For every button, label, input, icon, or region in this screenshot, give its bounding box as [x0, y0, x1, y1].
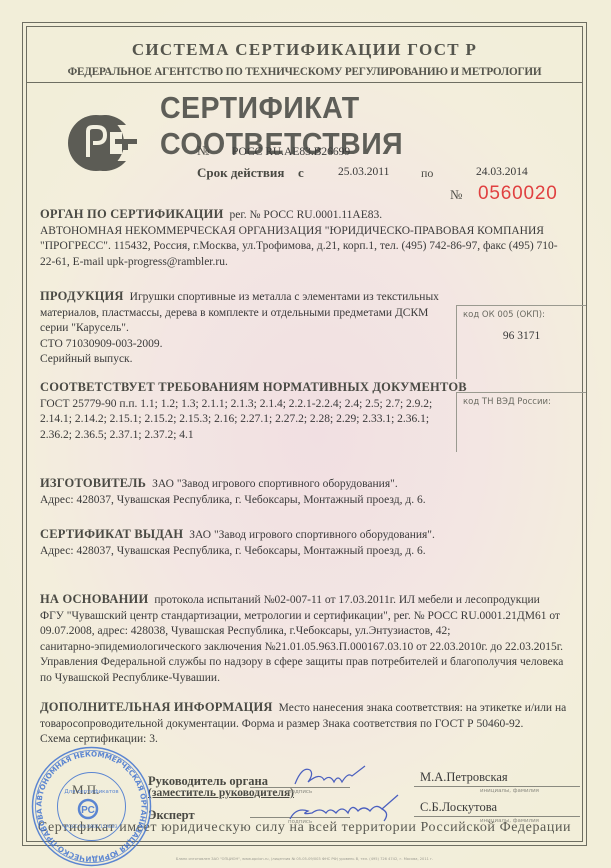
rst-gost-logo-icon — [66, 113, 140, 173]
expert-name-line — [414, 816, 580, 817]
conformity-heading: СООТВЕТСТВУЕТ ТРЕБОВАНИЯМ НОРМАТИВНЫХ ДО… — [40, 380, 467, 394]
okp-code-box: код ОК 005 (ОКП): 96 3171 — [456, 305, 586, 379]
certification-body-section: ОРГАН ПО СЕРТИФИКАЦИИрег. № РОСС RU.0001… — [40, 207, 572, 270]
additional-info-heading: ДОПОЛНИТЕЛЬНАЯ ИНФОРМАЦИЯ — [40, 700, 273, 714]
stamp-center-text: Для сертификатов — [64, 789, 118, 795]
manufacturer-section: ИЗГОТОВИТЕЛЬЗАО "Завод игрового спортивн… — [40, 476, 572, 508]
agency-title: ФЕДЕРАЛЬНОЕ АГЕНТСТВО ПО ТЕХНИЧЕСКОМУ РЕ… — [26, 66, 583, 78]
certificate-number-label: № — [197, 143, 209, 159]
conformity-text: ГОСТ 25779-90 п.п. 1.1; 1.2; 1.3; 2.1.1;… — [40, 398, 432, 441]
product-release: Серийный выпуск. — [40, 353, 133, 365]
svg-text:РС: РС — [81, 805, 95, 816]
additional-info-section: ДОПОЛНИТЕЛЬНАЯ ИНФОРМАЦИЯМесто нанесения… — [40, 700, 575, 748]
head-signature — [290, 762, 370, 792]
certificate-title: СЕРТИФИКАТ СООТВЕТСТВИЯ — [160, 90, 575, 162]
issued-to-name: ЗАО "Завод игрового спортивного оборудов… — [189, 529, 435, 541]
certification-body-heading: ОРГАН ПО СЕРТИФИКАЦИИ — [40, 207, 224, 221]
basis-heading: НА ОСНОВАНИИ — [40, 592, 148, 606]
system-title: СИСТЕМА СЕРТИФИКАЦИИ ГОСТ Р — [26, 40, 583, 60]
issued-to-heading: СЕРТИФИКАТ ВЫДАН — [40, 527, 183, 541]
manufacturer-heading: ИЗГОТОВИТЕЛЬ — [40, 476, 146, 490]
issued-to-section: СЕРТИФИКАТ ВЫДАНЗАО "Завод игрового спор… — [40, 527, 572, 559]
blank-serial-number: 0560020 — [478, 183, 558, 205]
stamp-reg-text: РОСС RU.0001.11АЕ83 — [65, 824, 117, 830]
head-name-caption: инициалы, фамилия — [480, 788, 539, 794]
tnved-code-box: код ТН ВЭД России: — [456, 392, 586, 452]
head-role-deputy: (заместитель руководителя) — [148, 787, 294, 799]
certification-body-text: АВТОНОМНАЯ НЕКОММЕРЧЕСКАЯ ОРГАНИЗАЦИЯ "Ю… — [40, 225, 558, 268]
expert-name: С.Б.Лоскутова — [420, 800, 497, 815]
validity-label: Срок действия — [197, 165, 284, 181]
certificate-number: РОСС RU.AE83.B26699 — [232, 146, 350, 158]
valid-from-date: 25.03.2011 — [338, 166, 389, 178]
issued-to-address: Адрес: 428037, Чувашская Республика, г. … — [40, 545, 426, 557]
certification-scheme: Схема сертификации: 3. — [40, 733, 158, 745]
validity-to-label: по — [421, 166, 433, 181]
head-name: М.А.Петровская — [420, 770, 508, 785]
product-standard: СТО 71030909-003-2009. — [40, 338, 163, 350]
okp-code-value: 96 3171 — [457, 330, 586, 342]
validity-from-label: с — [298, 165, 304, 181]
basis-section: НА ОСНОВАНИИпротокола испытаний №02-007-… — [40, 592, 565, 686]
basis-sanitary-conclusion: санитарно-эпидемиологического заключения… — [40, 641, 563, 684]
manufacturer-name: ЗАО "Завод игрового спортивного оборудов… — [152, 478, 398, 490]
certification-body-reg: рег. № РОСС RU.0001.11AE83. — [230, 209, 383, 221]
valid-to-date: 24.03.2014 — [476, 166, 528, 178]
seal-stamp-icon: АВТОНОМНАЯ НЕКОММЕРЧЕСКАЯ ОРГАНИЗАЦИЯ ЮР… — [30, 745, 153, 868]
header-divider — [26, 82, 583, 83]
product-section: ПРОДУКЦИЯИгрушки спортивные из металла с… — [40, 289, 440, 368]
blank-number-label: № — [450, 187, 462, 203]
tnved-code-label: код ТН ВЭД России: — [457, 393, 586, 407]
conformity-section: СООТВЕТСТВУЕТ ТРЕБОВАНИЯМ НОРМАТИВНЫХ ДО… — [40, 380, 440, 443]
okp-code-label: код ОК 005 (ОКП): — [457, 306, 586, 320]
manufacturer-address: Адрес: 428037, Чувашская Республика, г. … — [40, 494, 426, 506]
product-heading: ПРОДУКЦИЯ — [40, 289, 124, 303]
head-name-line — [414, 786, 580, 787]
